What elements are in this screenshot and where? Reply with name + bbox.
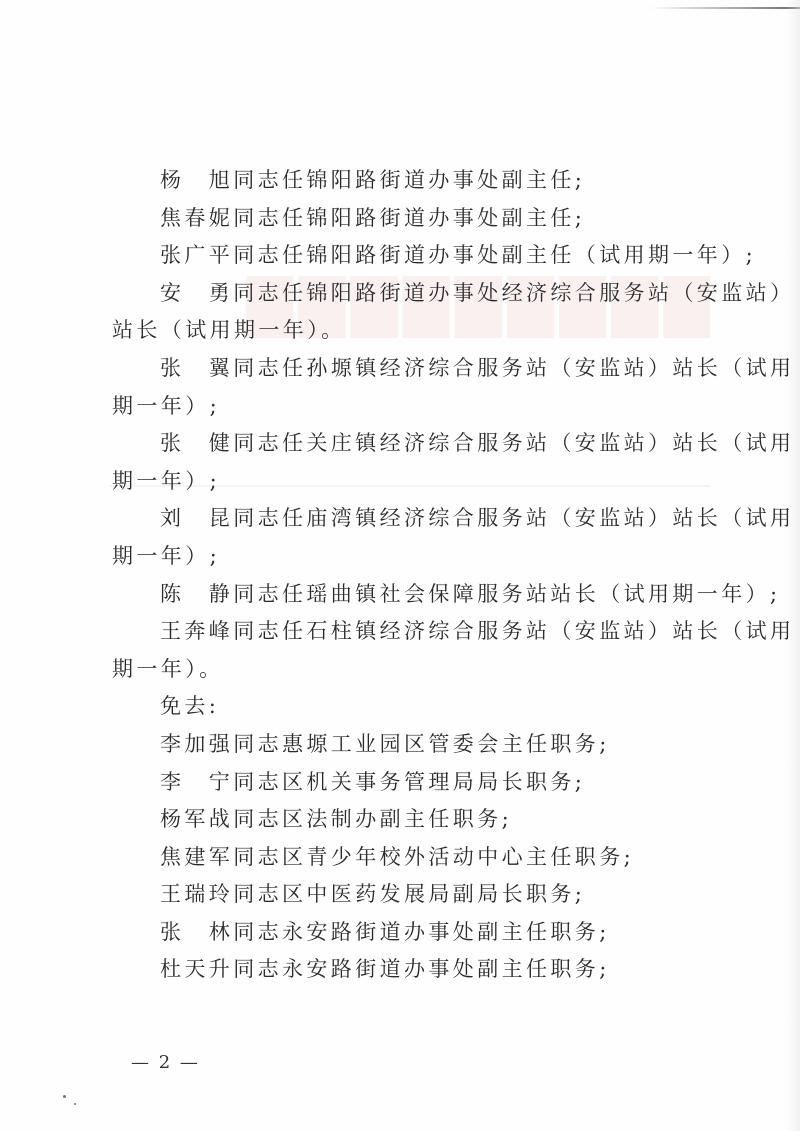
appointment-line-continued: 站长（试用期一年）。 <box>112 312 712 350</box>
appointment-line-continued: 期一年）。 <box>112 651 712 689</box>
appointment-line: 安 勇同志任锦阳路街道办事处经济综合服务站（安监站） <box>112 275 712 313</box>
appointment-line-continued: 期一年）; <box>112 388 712 426</box>
removal-line: 焦建军同志区青少年校外活动中心主任职务; <box>112 839 712 877</box>
removal-line: 李 宁同志区机关事务管理局局长职务; <box>112 764 712 802</box>
removal-line: 杨军战同志区法制办副主任职务; <box>112 801 712 839</box>
appointment-line-continued: 期一年）; <box>112 538 712 576</box>
appointment-line: 张 翼同志任孙塬镇经济综合服务站（安监站）站长（试用 <box>112 350 712 388</box>
document-page: ▇▇▇▇▇▇▇▇▇ 杨 旭同志任锦阳路街道办事处副主任; 焦春妮同志任锦阳路街道… <box>0 0 800 1131</box>
appointment-line: 焦春妮同志任锦阳路街道办事处副主任; <box>112 200 712 238</box>
scan-speck <box>63 1095 66 1098</box>
removal-line: 王瑞玲同志区中医药发展局副局长职务; <box>112 876 712 914</box>
removal-line: 杜天升同志永安路街道办事处副主任职务; <box>112 951 712 989</box>
removal-line: 李加强同志惠塬工业园区管委会主任职务; <box>112 726 712 764</box>
appointment-line: 陈 静同志任瑶曲镇社会保障服务站站长（试用期一年）; <box>112 576 712 614</box>
document-body: 杨 旭同志任锦阳路街道办事处副主任; 焦春妮同志任锦阳路街道办事处副主任; 张广… <box>112 162 712 989</box>
appointment-line: 杨 旭同志任锦阳路街道办事处副主任; <box>112 162 712 200</box>
removal-line: 张 林同志永安路街道办事处副主任职务; <box>112 914 712 952</box>
scan-speck <box>74 1103 76 1105</box>
appointment-line: 刘 昆同志任庙湾镇经济综合服务站（安监站）站长（试用 <box>112 500 712 538</box>
scan-artifact-line <box>650 7 800 9</box>
appointment-line-continued: 期一年）; <box>112 463 712 501</box>
appointment-line: 张广平同志任锦阳路街道办事处副主任（试用期一年）; <box>112 237 712 275</box>
page-edge-shadow <box>786 0 800 1131</box>
page-number: — 2 — <box>131 1051 200 1075</box>
appointment-line: 张 健同志任关庄镇经济综合服务站（安监站）站长（试用 <box>112 425 712 463</box>
appointment-line: 王奔峰同志任石柱镇经济综合服务站（安监站）站长（试用 <box>112 613 712 651</box>
removal-heading: 免去: <box>112 688 712 726</box>
